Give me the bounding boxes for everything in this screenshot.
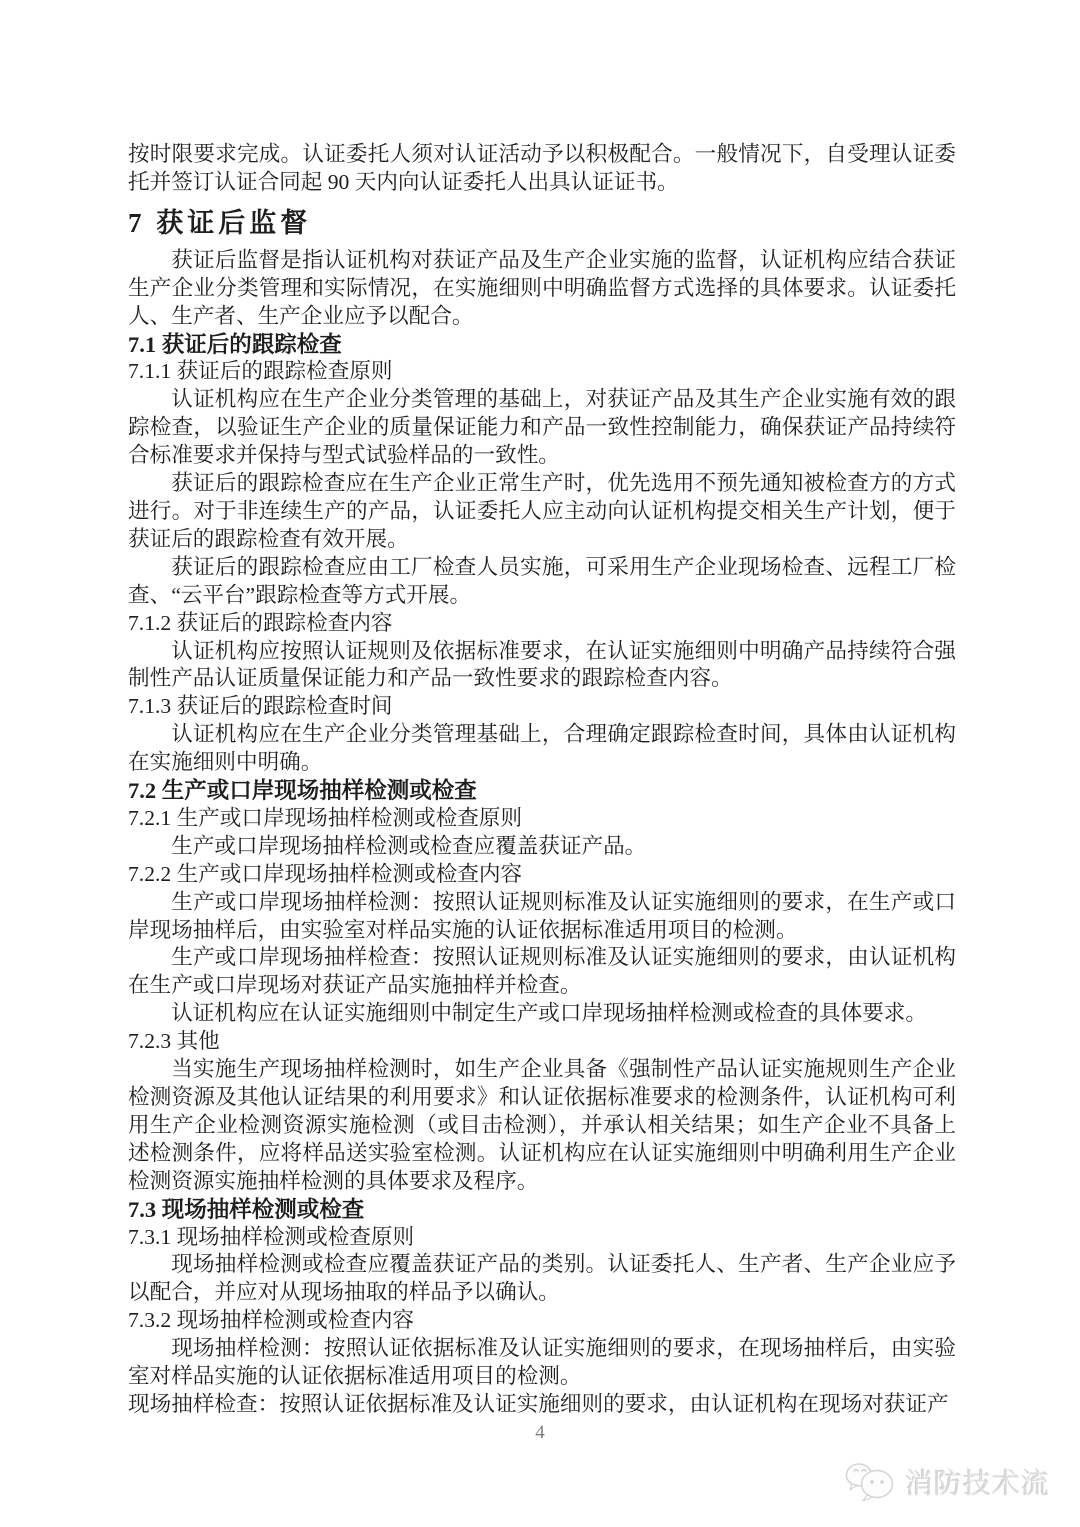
heading-7-2-2: 7.2.2 生产或口岸现场抽样检测或检查内容 bbox=[128, 861, 956, 889]
paragraph: 获证后的跟踪检查应在生产企业正常生产时，优先选用不预先通知被检查方的方式进行。对… bbox=[128, 470, 956, 554]
heading-7-3: 7.3 现场抽样检测或检查 bbox=[128, 1196, 956, 1224]
paragraph: 现场抽样检测或检查应覆盖获证产品的类别。认证委托人、生产者、生产企业应予以配合，… bbox=[128, 1251, 956, 1307]
wechat-icon bbox=[845, 1461, 895, 1503]
paragraph: 认证机构应在生产企业分类管理基础上，合理确定跟踪检查时间，具体由认证机构在实施细… bbox=[128, 721, 956, 777]
paragraph: 当实施生产现场抽样检测时，如生产企业具备《强制性产品认证实施规则生产企业检测资源… bbox=[128, 1056, 956, 1196]
paragraph: 认证机构应在生产企业分类管理的基础上，对获证产品及其生产企业实施有效的跟踪检查，… bbox=[128, 386, 956, 470]
heading-7: 7 获证后监督 bbox=[128, 205, 956, 241]
paragraph-continuation: 按时限要求完成。认证委托人须对认证活动予以积极配合。一般情况下，自受理认证委托并… bbox=[128, 141, 956, 197]
heading-7-1-2: 7.1.2 获证后的跟踪检查内容 bbox=[128, 610, 956, 638]
watermark: 消防技术流 bbox=[845, 1461, 1050, 1503]
paragraph: 认证机构应在认证实施细则中制定生产或口岸现场抽样检测或检查的具体要求。 bbox=[128, 1000, 956, 1028]
paragraph: 生产或口岸现场抽样检测或检查应覆盖获证产品。 bbox=[128, 833, 956, 861]
document-page: 按时限要求完成。认证委托人须对认证活动予以积极配合。一般情况下，自受理认证委托并… bbox=[0, 0, 1080, 1527]
heading-7-1-3: 7.1.3 获证后的跟踪检查时间 bbox=[128, 693, 956, 721]
paragraph: 现场抽样检测：按照认证依据标准及认证实施细则的要求，在现场抽样后，由实验室对样品… bbox=[128, 1335, 956, 1391]
heading-7-1-1: 7.1.1 获证后的跟踪检查原则 bbox=[128, 358, 956, 386]
document-body: 按时限要求完成。认证委托人须对认证活动予以积极配合。一般情况下，自受理认证委托并… bbox=[128, 141, 956, 1419]
paragraph: 生产或口岸现场抽样检测：按照认证规则标准及认证实施细则的要求，在生产或口岸现场抽… bbox=[128, 889, 956, 945]
paragraph: 认证机构应按照认证规则及依据标准要求，在认证实施细则中明确产品持续符合强制性产品… bbox=[128, 638, 956, 694]
heading-7-3-2: 7.3.2 现场抽样检测或检查内容 bbox=[128, 1307, 956, 1335]
heading-7-2: 7.2 生产或口岸现场抽样检测或检查 bbox=[128, 777, 956, 805]
paragraph-continuation: 现场抽样检查：按照认证依据标准及认证实施细则的要求，由认证机构在现场对获证产 bbox=[128, 1391, 956, 1419]
heading-7-2-1: 7.2.1 生产或口岸现场抽样检测或检查原则 bbox=[128, 805, 956, 833]
watermark-text: 消防技术流 bbox=[905, 1462, 1050, 1502]
paragraph: 生产或口岸现场抽样检查：按照认证规则标准及认证实施细则的要求，由认证机构在生产或… bbox=[128, 944, 956, 1000]
paragraph: 获证后监督是指认证机构对获证产品及生产企业实施的监督，认证机构应结合获证生产企业… bbox=[128, 247, 956, 331]
heading-7-1: 7.1 获证后的跟踪检查 bbox=[128, 331, 956, 359]
heading-7-3-1: 7.3.1 现场抽样检测或检查原则 bbox=[128, 1224, 956, 1252]
paragraph: 获证后的跟踪检查应由工厂检查人员实施，可采用生产企业现场检查、远程工厂检查、“云… bbox=[128, 554, 956, 610]
page-number: 4 bbox=[0, 1422, 1080, 1444]
heading-7-2-3: 7.2.3 其他 bbox=[128, 1028, 956, 1056]
